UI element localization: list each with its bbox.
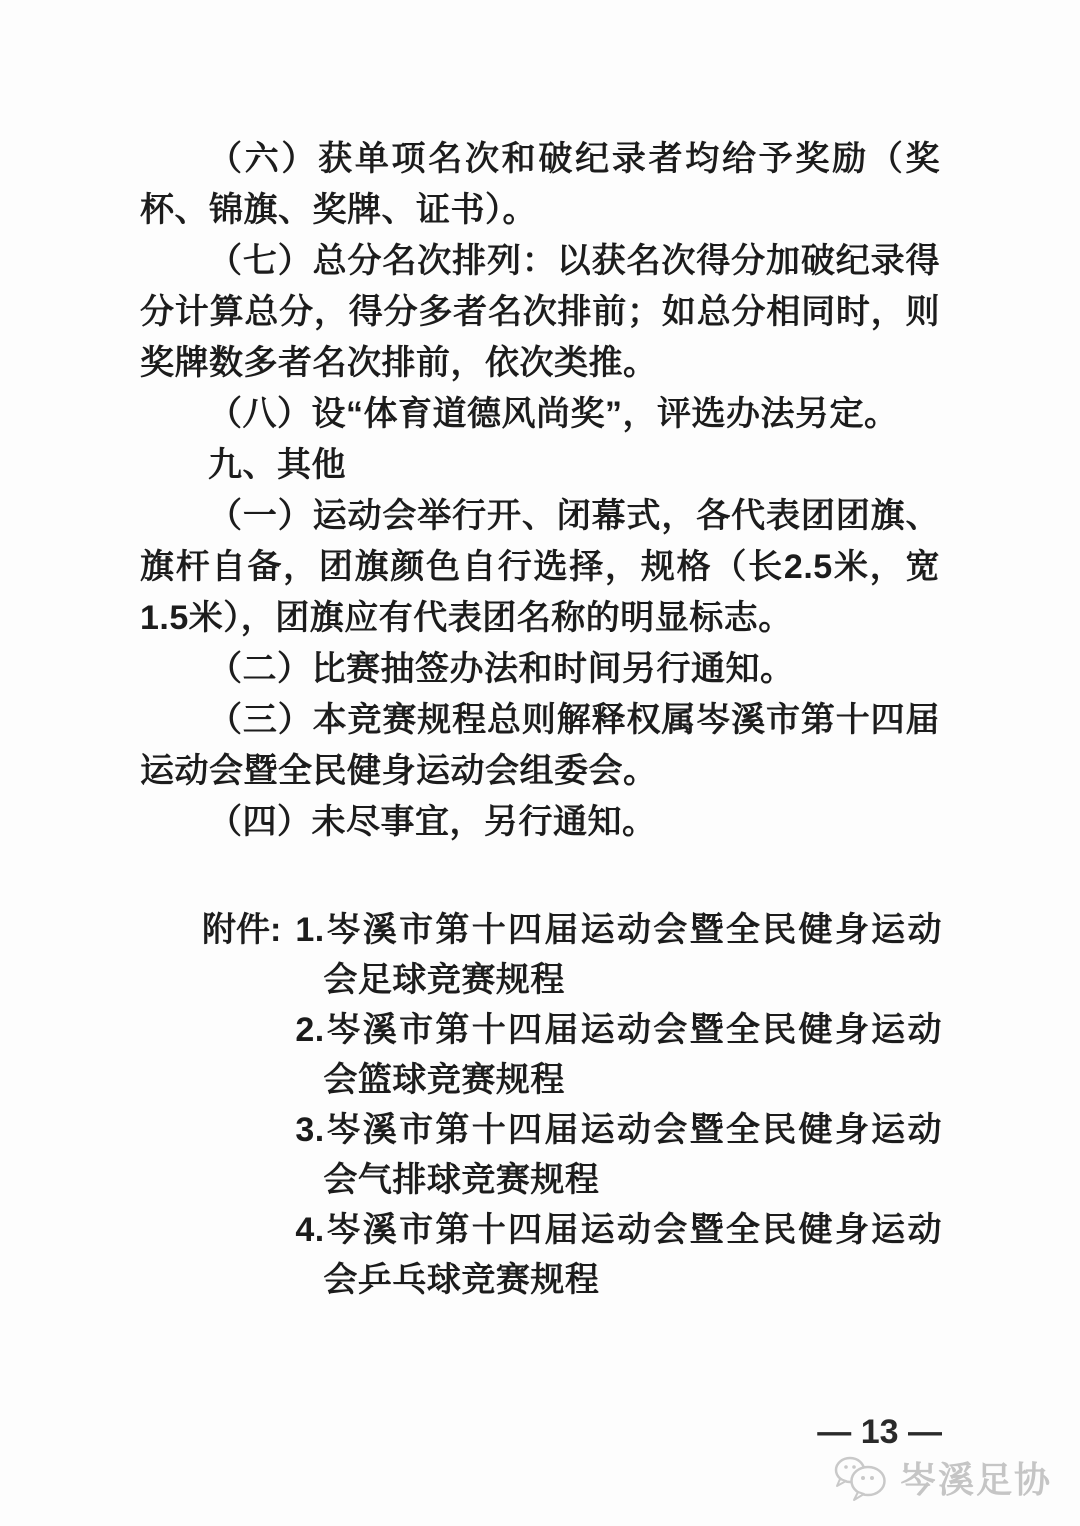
watermark-text: 岑溪足协 [900, 1452, 1052, 1503]
paragraph-other-2: （二）比赛抽签办法和时间另行通知。 [140, 644, 940, 695]
attachment-item: 3.岑溪市第十四届运动会暨全民健身运动会气排球竞赛规程 [295, 1105, 942, 1205]
attachments-list: 1.岑溪市第十四届运动会暨全民健身运动会足球竞赛规程 2.岑溪市第十四届运动会暨… [295, 905, 942, 1305]
paragraph-item-6: （六）获单项名次和破纪录者均给予奖励（奖杯、锦旗、奖牌、证书）。 [140, 134, 940, 236]
page-number: — 13 — [817, 1414, 942, 1450]
document-body: （六）获单项名次和破纪录者均给予奖励（奖杯、锦旗、奖牌、证书）。 （七）总分名次… [140, 134, 940, 1305]
attachment-item: 2.岑溪市第十四届运动会暨全民健身运动会篮球竞赛规程 [295, 1005, 942, 1105]
watermark: 岑溪足协 [830, 1452, 1052, 1503]
attachments-block: 附件: 1.岑溪市第十四届运动会暨全民健身运动会足球竞赛规程 2.岑溪市第十四届… [202, 905, 942, 1305]
paragraph-other-1: （一）运动会举行开、闭幕式，各代表团团旗、旗杆自备，团旗颜色自行选择，规格（长2… [140, 491, 940, 644]
paragraph-other-3: （三）本竞赛规程总则解释权属岑溪市第十四届运动会暨全民健身运动会组委会。 [140, 695, 940, 797]
document-page: （六）获单项名次和破纪录者均给予奖励（奖杯、锦旗、奖牌、证书）。 （七）总分名次… [0, 0, 1080, 1526]
attachment-item: 4.岑溪市第十四届运动会暨全民健身运动会乒乓球竞赛规程 [295, 1205, 942, 1305]
paragraph-item-7: （七）总分名次排列：以获名次得分加破纪录得分计算总分，得分多者名次排前；如总分相… [140, 236, 940, 389]
attachments-label: 附件: [202, 905, 295, 955]
wechat-bubbles-icon [830, 1453, 892, 1503]
attachment-item: 1.岑溪市第十四届运动会暨全民健身运动会足球竞赛规程 [295, 905, 942, 1005]
paragraph-item-8: （八）设“体育道德风尚奖”，评选办法另定。 [140, 389, 940, 440]
paragraph-other-4: （四）未尽事宜，另行通知。 [140, 797, 940, 848]
section-heading-nine: 九、其他 [140, 440, 940, 491]
